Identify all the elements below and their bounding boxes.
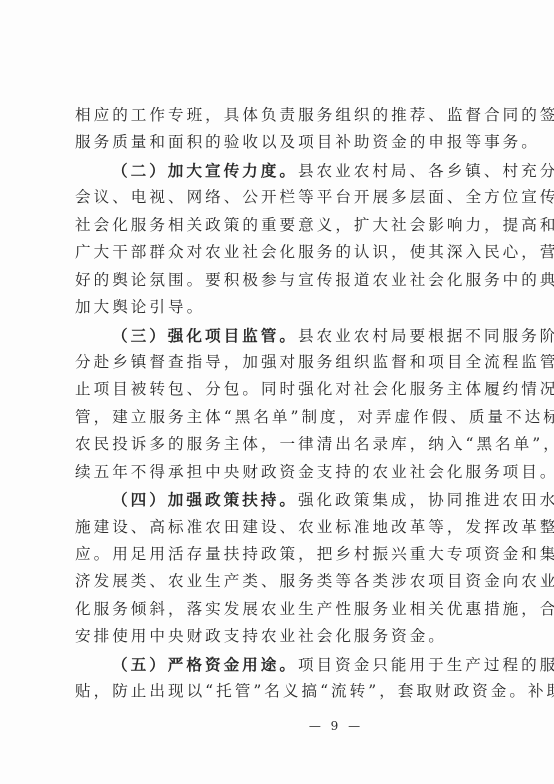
line-text: 化服务倾斜，落实发展农业生产性服务业相关优惠措施，合理 bbox=[75, 600, 554, 618]
section-heading: （四）加强政策扶持。 bbox=[112, 490, 298, 509]
line-text: 农民投诉多的服务主体，一律清出名录库，纳入“黑名单”，连 bbox=[75, 435, 554, 453]
text-line: 济发展类、农业生产类、服务类等各类涉农项目资金向农业社会 bbox=[75, 568, 487, 595]
line-text: 管，建立服务主体“黑名单”制度，对弄虚作假、质量不达标、 bbox=[75, 408, 554, 426]
text-line: 农民投诉多的服务主体，一律清出名录库，纳入“黑名单”，连 bbox=[75, 431, 487, 458]
line-text: 加大舆论引导。 bbox=[75, 298, 205, 316]
line-text: 施建设、高标准农田建设、农业标准地改革等，发挥改革整体效 bbox=[75, 518, 554, 536]
document-body: 相应的工作专班，具体负责服务组织的推荐、监督合同的签订、 服务质量和面积的验收以… bbox=[75, 102, 487, 706]
text-line: 分赴乡镇督查指导，加强对服务组织监督和项目全流程监管，防 bbox=[75, 349, 487, 376]
line-text: 县农业农村局要根据不同服务阶段， bbox=[298, 327, 554, 345]
text-line: 好的舆论氛围。要积极参与宣传报道农业社会化服务中的典型， bbox=[75, 267, 487, 294]
text-line: 加大舆论引导。 bbox=[75, 294, 487, 321]
text-line: 止项目被转包、分包。同时强化对社会化服务主体履约情况的监 bbox=[75, 376, 487, 403]
section-heading-line: （五）严格资金用途。项目资金只能用于生产过程的服务补 bbox=[75, 651, 487, 678]
text-line: 施建设、高标准农田建设、农业标准地改革等，发挥改革整体效 bbox=[75, 514, 487, 541]
line-text: 相应的工作专班，具体负责服务组织的推荐、监督合同的签订、 bbox=[75, 106, 554, 124]
text-line: 管，建立服务主体“黑名单”制度，对弄虚作假、质量不达标、 bbox=[75, 404, 487, 431]
line-text: 服务质量和面积的验收以及项目补助资金的申报等事务。 bbox=[75, 133, 540, 151]
document-page: 相应的工作专班，具体负责服务组织的推荐、监督合同的签订、 服务质量和面积的验收以… bbox=[0, 0, 554, 784]
text-line: 贴，防止出现以“托管”名义搞“流转”，套取财政资金。补助 bbox=[75, 678, 487, 705]
line-text: 县农业农村局、各乡镇、村充分利用 bbox=[298, 162, 554, 180]
section-heading-line: （三）强化项目监管。县农业农村局要根据不同服务阶段， bbox=[75, 322, 487, 349]
text-line: 社会化服务相关政策的重要意义，扩大社会影响力，提高和统一 bbox=[75, 212, 487, 239]
text-line: 续五年不得承担中央财政资金支持的农业社会化服务项目。 bbox=[75, 459, 487, 486]
line-text: 分赴乡镇督查指导，加强对服务组织监督和项目全流程监管，防 bbox=[75, 353, 554, 371]
line-text: 续五年不得承担中央财政资金支持的农业社会化服务项目。 bbox=[75, 463, 554, 481]
section-heading: （五）严格资金用途。 bbox=[112, 655, 298, 674]
page-number: — 9 — bbox=[0, 719, 554, 733]
line-text: 应。用足用活存量扶持政策，把乡村振兴重大专项资金和集体经 bbox=[75, 545, 554, 563]
section-heading-line: （二）加大宣传力度。县农业农村局、各乡镇、村充分利用 bbox=[75, 157, 487, 184]
line-text: 好的舆论氛围。要积极参与宣传报道农业社会化服务中的典型， bbox=[75, 271, 554, 289]
section-heading: （三）强化项目监管。 bbox=[112, 326, 298, 345]
text-line: 安排使用中央财政支持农业社会化服务资金。 bbox=[75, 623, 487, 650]
text-line: 广大干部群众对农业社会化服务的认识，使其深入民心，营造良 bbox=[75, 239, 487, 266]
line-text: 广大干部群众对农业社会化服务的认识，使其深入民心，营造良 bbox=[75, 243, 554, 261]
text-line: 相应的工作专班，具体负责服务组织的推荐、监督合同的签订、 bbox=[75, 102, 487, 129]
text-line: 会议、电视、网络、公开栏等平台开展多层面、全方位宣传农业 bbox=[75, 184, 487, 211]
text-line: 服务质量和面积的验收以及项目补助资金的申报等事务。 bbox=[75, 129, 487, 156]
line-text: 止项目被转包、分包。同时强化对社会化服务主体履约情况的监 bbox=[75, 380, 554, 398]
line-text: 强化政策集成，协同推进农田水利设 bbox=[298, 491, 554, 509]
line-text: 项目资金只能用于生产过程的服务补 bbox=[298, 656, 554, 674]
line-text: 社会化服务相关政策的重要意义，扩大社会影响力，提高和统一 bbox=[75, 216, 554, 234]
section-heading-line: （四）加强政策扶持。强化政策集成，协同推进农田水利设 bbox=[75, 486, 487, 513]
text-line: 应。用足用活存量扶持政策，把乡村振兴重大专项资金和集体经 bbox=[75, 541, 487, 568]
text-line: 化服务倾斜，落实发展农业生产性服务业相关优惠措施，合理 bbox=[75, 596, 487, 623]
line-text: 会议、电视、网络、公开栏等平台开展多层面、全方位宣传农业 bbox=[75, 188, 554, 206]
line-text: 济发展类、农业生产类、服务类等各类涉农项目资金向农业社会 bbox=[75, 572, 554, 590]
line-text: 贴，防止出现以“托管”名义搞“流转”，套取财政资金。补助 bbox=[75, 682, 554, 700]
section-heading: （二）加大宣传力度。 bbox=[112, 161, 298, 180]
line-text: 安排使用中央财政支持农业社会化服务资金。 bbox=[75, 627, 447, 645]
